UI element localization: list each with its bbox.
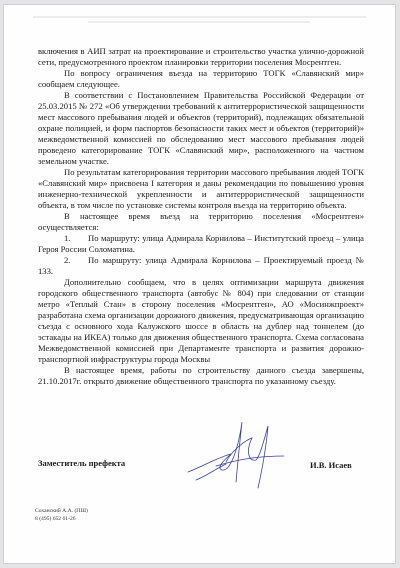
paragraph-government-decree: В соответствии с Постановлением Правител… <box>38 90 364 167</box>
executor-phone: 8 (495) 652 61-26 <box>35 516 88 524</box>
list-number: 1. <box>64 233 88 244</box>
paragraph-entry-restriction: По вопросу ограничения въезда на террито… <box>38 68 364 90</box>
signatory-name: И.В. Исаев <box>310 460 352 470</box>
paragraph-continuation: включения в АИП затрат на проектирование… <box>38 46 364 68</box>
list-item-route-1: 1.По маршруту: улица Адмирала Корнилова … <box>38 233 364 255</box>
paragraph-bus-route: Дополнительно сообщаем, что в целях опти… <box>38 277 364 365</box>
list-number: 2. <box>64 255 88 266</box>
signatory-title: Заместитель префекта <box>38 458 125 468</box>
faint-letterhead <box>14 13 384 37</box>
executor-name: Соханский А.А. (ПШ) <box>35 508 88 516</box>
signature-icon <box>186 410 286 490</box>
executor-footer: Соханский А.А. (ПШ) 8 (495) 652 61-26 <box>35 508 88 523</box>
paragraph-categorization-results: По результатам категорирования территори… <box>38 167 364 211</box>
list-item-route-2: 2.По маршруту: улица Адмирала Корнилова … <box>38 255 364 277</box>
document-body: включения в АИП затрат на проектирование… <box>38 46 364 387</box>
paragraph-current-entry: В настоящее время въезд на территорию по… <box>38 211 364 233</box>
paragraph-works-completed: В настоящее время, работы по строительст… <box>38 365 364 387</box>
